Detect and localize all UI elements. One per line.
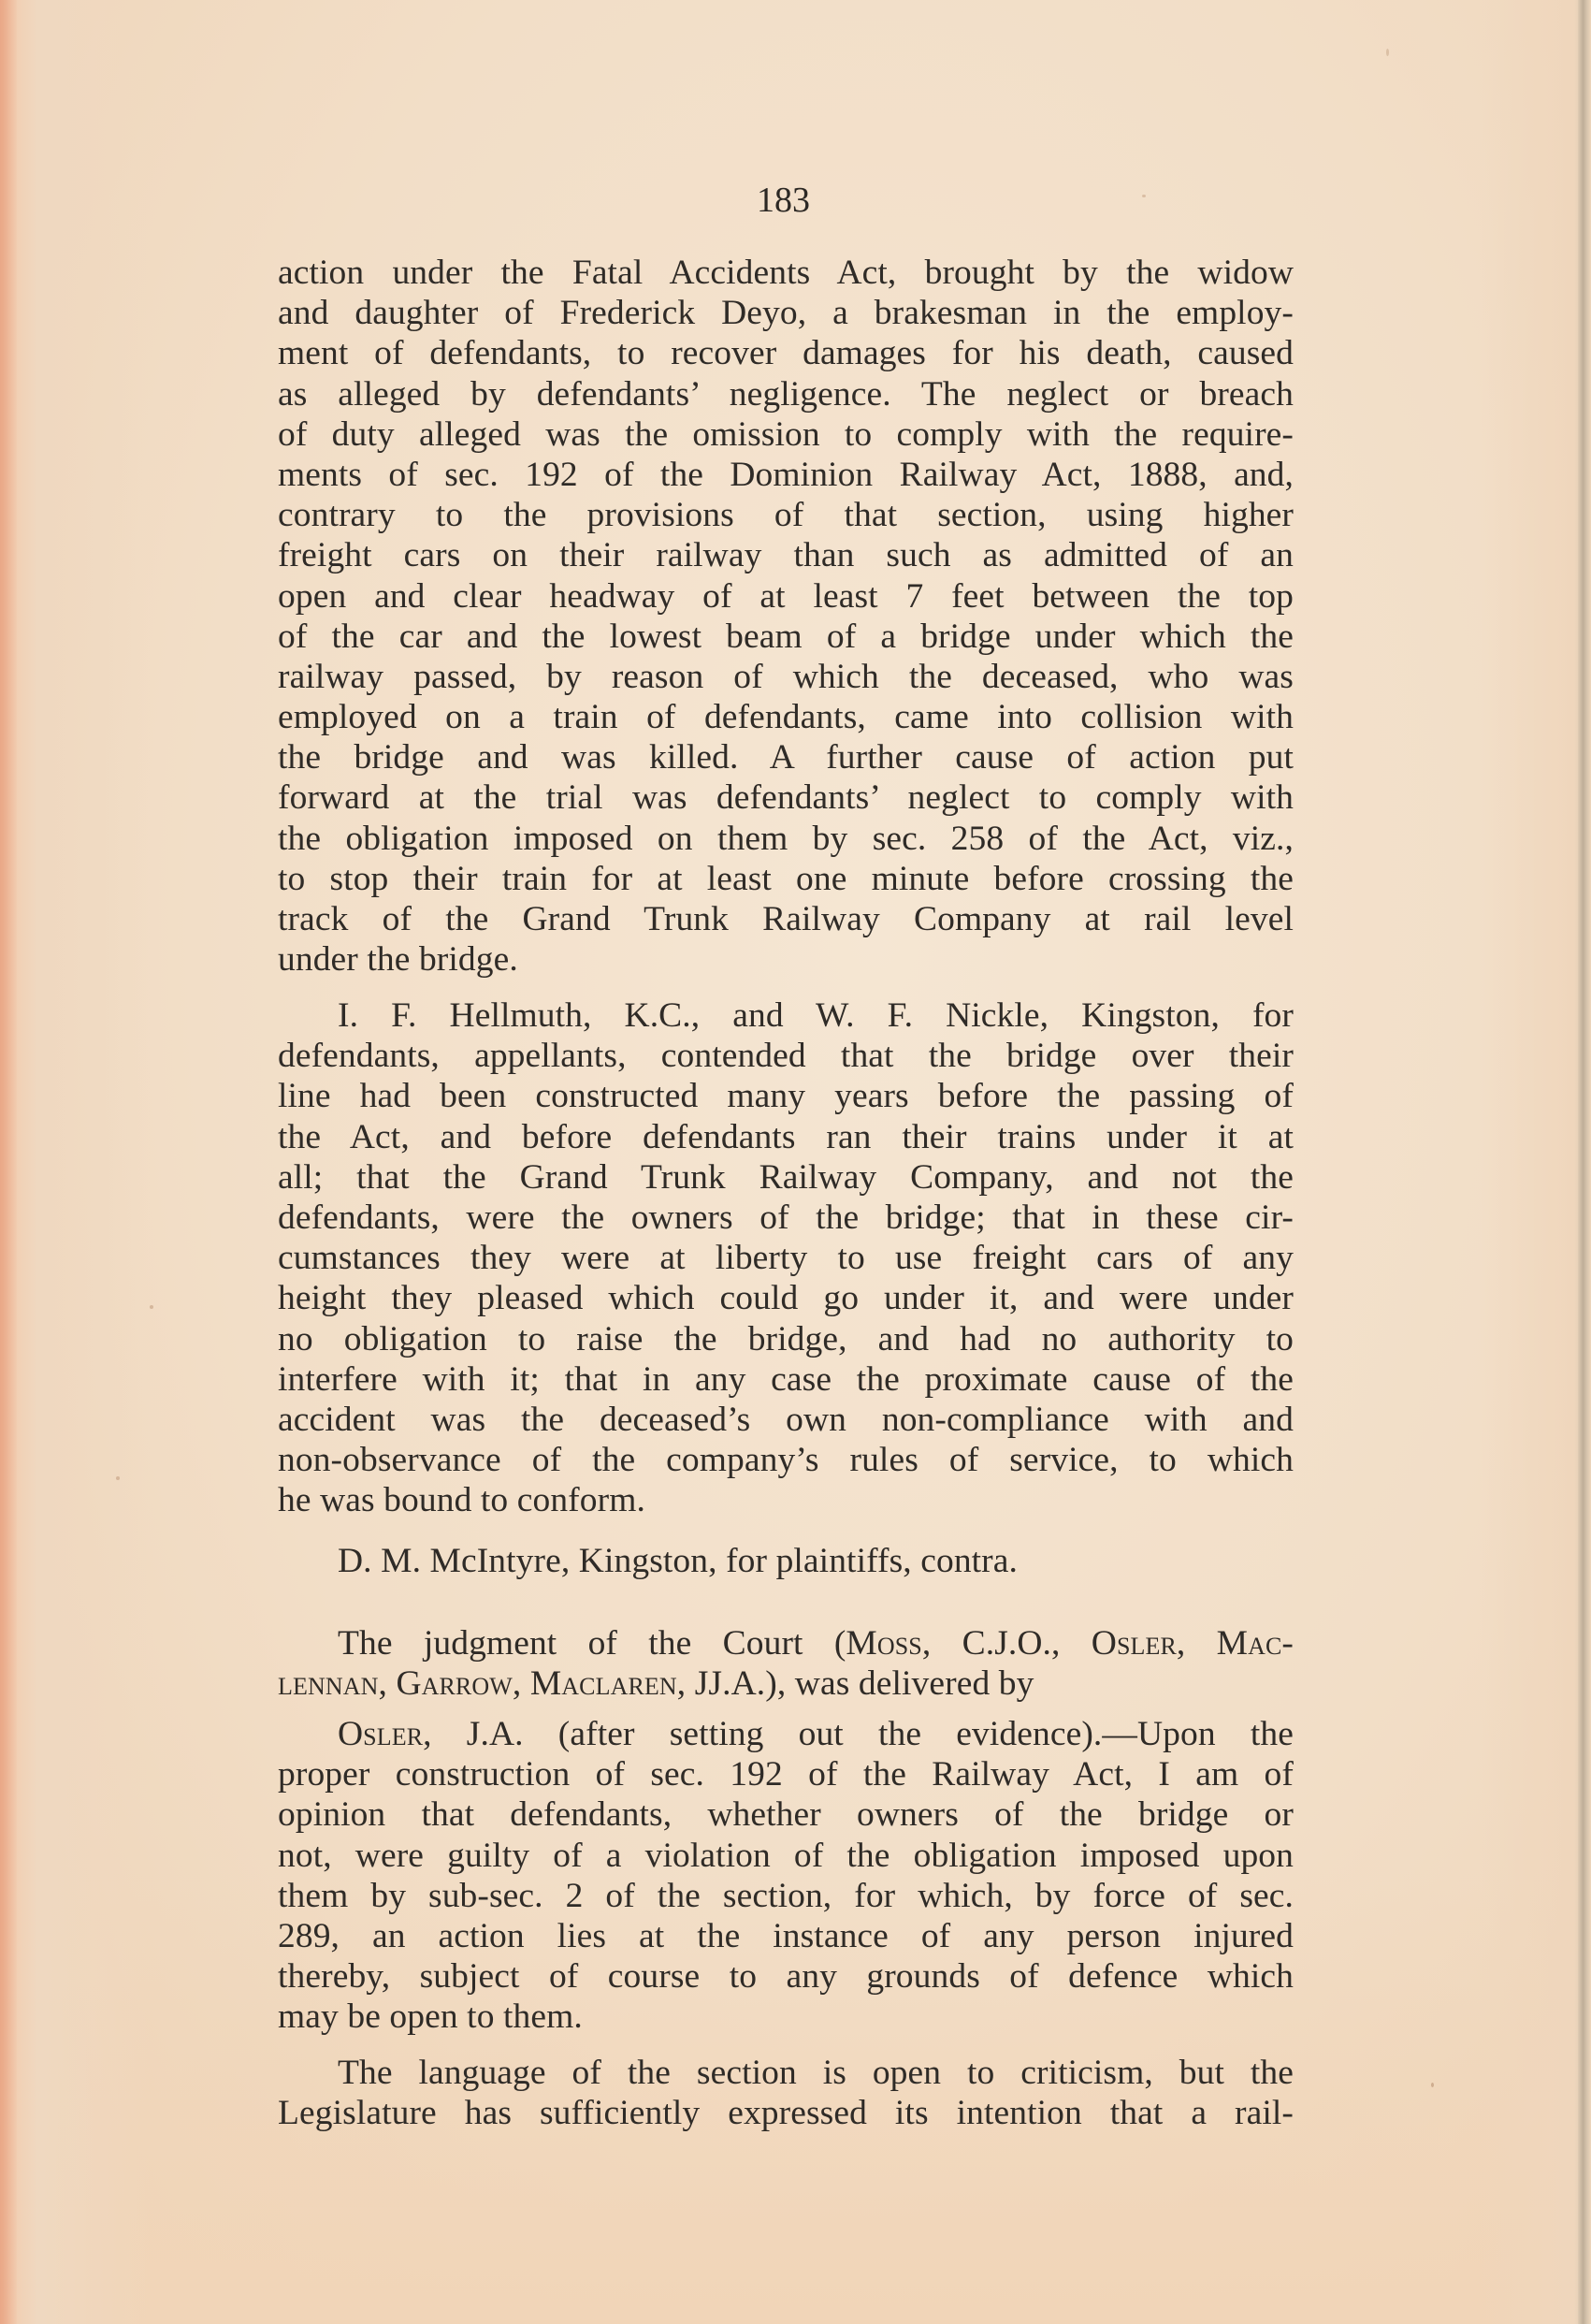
- text-line: the obligation imposed on them by sec. 2…: [278, 819, 1294, 859]
- text-line: freight cars on their railway than such …: [278, 535, 1294, 575]
- paper-speck: [116, 1476, 120, 1480]
- text-line: lennan, Garrow, Maclaren, JJ.A.), was de…: [278, 1663, 1294, 1704]
- text-line: The language of the section is open to c…: [278, 2053, 1294, 2093]
- text-line: he was bound to conform.: [278, 1480, 1294, 1520]
- text-line: not, were guilty of a violation of the o…: [278, 1836, 1294, 1876]
- paper-speck: [1431, 2083, 1434, 2087]
- text-line: thereby, subject of course to any ground…: [278, 1956, 1294, 1997]
- text-line: as alleged by defendants’ negligence. Th…: [278, 374, 1294, 414]
- judge-name-maclennan-part2: lennan: [278, 1664, 378, 1703]
- paragraph-judgment-intro: The judgment of the Court (Moss, C.J.O.,…: [278, 1623, 1294, 1704]
- text-line: Osler, J.A. (after setting out the evide…: [278, 1714, 1294, 1754]
- text-line: cumstances they were at liberty to use f…: [278, 1238, 1294, 1278]
- text-line: employed on a train of defendants, came …: [278, 697, 1294, 737]
- paragraph-defendants-argument: I. F. Hellmuth, K.C., and W. F. Nickle, …: [278, 995, 1294, 1520]
- text-line: height they pleased which could go under…: [278, 1278, 1294, 1318]
- paper-speck: [150, 1305, 153, 1309]
- text-line: of the car and the lowest beam of a brid…: [278, 617, 1294, 657]
- text-line: accident was the deceased’s own non-comp…: [278, 1400, 1294, 1440]
- text-line: no obligation to raise the bridge, and h…: [278, 1319, 1294, 1359]
- judge-name-osler-heading: Osler: [338, 1715, 423, 1753]
- text-line: to stop their train for at least one min…: [278, 859, 1294, 899]
- text-line: interfere with it; that in any case the …: [278, 1359, 1294, 1400]
- binding-edge: [0, 0, 17, 2324]
- text-run: The judgment of the Court (: [338, 1624, 846, 1663]
- text-line: Legislature has sufficiently expressed i…: [278, 2093, 1294, 2133]
- text-line: contrary to the provisions of that secti…: [278, 495, 1294, 535]
- text-line: ment of defendants, to recover damages f…: [278, 333, 1294, 373]
- text-line: open and clear headway of at least 7 fee…: [278, 576, 1294, 617]
- text-line: forward at the trial was defendants’ neg…: [278, 777, 1294, 818]
- judge-name-maclaren: Maclaren: [530, 1664, 677, 1703]
- text-line: I. F. Hellmuth, K.C., and W. F. Nickle, …: [278, 995, 1294, 1036]
- text-run: , J.A. (after setting out the evidence).…: [423, 1715, 1294, 1753]
- text-line: may be open to them.: [278, 1997, 1294, 2037]
- text-line: of duty alleged was the omission to comp…: [278, 414, 1294, 455]
- text-line: proper construction of sec. 192 of the R…: [278, 1754, 1294, 1794]
- text-line: defendants, appellants, contended that t…: [278, 1036, 1294, 1076]
- text-line: non-observance of the company’s rules of…: [278, 1440, 1294, 1480]
- paragraph-facts: action under the Fatal Accidents Act, br…: [278, 253, 1294, 980]
- text-line: ments of sec. 192 of the Dominion Railwa…: [278, 455, 1294, 495]
- paragraph-plaintiffs-counsel: D. M. McIntyre, Kingston, for plaintiffs…: [278, 1541, 1294, 1581]
- text-line: under the bridge.: [278, 939, 1294, 980]
- text-line: all; that the Grand Trunk Railway Compan…: [278, 1157, 1294, 1198]
- text-line: track of the Grand Trunk Railway Company…: [278, 899, 1294, 939]
- judge-name-maclennan-part1: , Mac-: [1177, 1624, 1294, 1663]
- judge-name-osler: Osler: [1092, 1624, 1177, 1663]
- judge-name-garrow: Garrow: [396, 1664, 512, 1703]
- text-line: the Act, and before defendants ran their…: [278, 1117, 1294, 1157]
- text-run: , JJ.A.), was delivered by: [677, 1664, 1034, 1703]
- text-line: action under the Fatal Accidents Act, br…: [278, 253, 1294, 293]
- page-edge: [1578, 0, 1591, 2324]
- text-run: ,: [378, 1664, 396, 1703]
- text-line: defendants, were the owners of the bridg…: [278, 1198, 1294, 1238]
- text-line: and daughter of Frederick Deyo, a brakes…: [278, 293, 1294, 333]
- text-run: ,: [513, 1664, 530, 1703]
- text-line: them by sub-sec. 2 of the section, for w…: [278, 1876, 1294, 1916]
- scanned-book-page: 183 action under the Fatal Accidents Act…: [0, 0, 1591, 2324]
- text-line: 289, an action lies at the instance of a…: [278, 1916, 1294, 1956]
- judge-name-moss: Moss: [846, 1624, 921, 1663]
- paper-speck: [1142, 195, 1146, 197]
- paragraph-osler-opinion: Osler, J.A. (after setting out the evide…: [278, 1714, 1294, 2038]
- text-line: the bridge and was killed. A further cau…: [278, 737, 1294, 777]
- paragraph-language-of-section: The language of the section is open to c…: [278, 2053, 1294, 2133]
- page-number: 183: [730, 182, 837, 219]
- text-run: , C.J.O.,: [922, 1624, 1092, 1663]
- text-line: line had been constructed many years bef…: [278, 1076, 1294, 1116]
- text-line: opinion that defendants, whether owners …: [278, 1794, 1294, 1835]
- text-line: The judgment of the Court (Moss, C.J.O.,…: [278, 1623, 1294, 1663]
- paper-speck: [1386, 49, 1389, 56]
- text-line: D. M. McIntyre, Kingston, for plaintiffs…: [278, 1541, 1294, 1581]
- text-line: railway passed, by reason of which the d…: [278, 657, 1294, 697]
